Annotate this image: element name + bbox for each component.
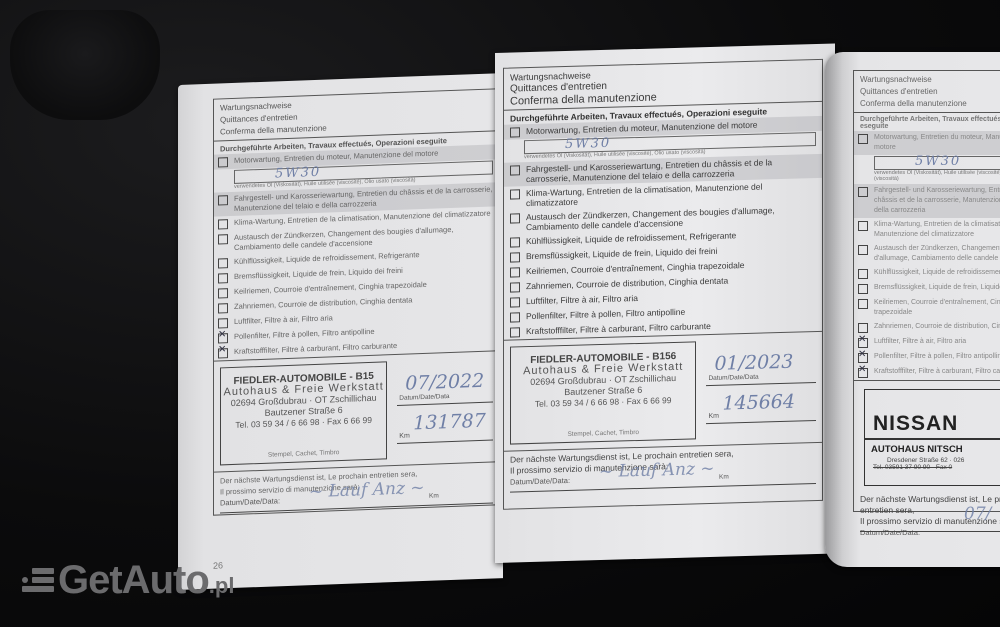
checkbox[interactable]: [510, 327, 520, 337]
booklet-page-left: Wartungsnachweise Quittances d'entretien…: [178, 73, 503, 590]
work-item: Keilriemen, Courroie d'entraînement, Cin…: [854, 296, 1000, 320]
maintenance-record-form: Wartungsnachweise Quittances d'entretien…: [853, 70, 1000, 512]
checkbox[interactable]: [218, 234, 228, 244]
checkbox[interactable]: [218, 157, 228, 167]
work-item-label: Pollenfilter, Filtre à pollen, Filtro an…: [874, 352, 1000, 362]
work-items-list: Motorwartung, Entretien du moteur, Manut…: [854, 131, 1000, 380]
date-line: [706, 382, 816, 386]
km-line: [397, 439, 493, 444]
work-item-label: Bremsflüssigkeit, Liquide de frein, Liqu…: [874, 283, 1000, 293]
work-item-label: Motorwartung, Entretien du moteur, Manut…: [874, 133, 1000, 153]
work-item: Kühlflüssigkeit, Liquide de refroidissem…: [854, 266, 1000, 281]
checkbox[interactable]: [218, 288, 228, 298]
checkbox[interactable]: [858, 338, 868, 348]
work-item: Luftfilter, Filtre à air, Filtro aria: [854, 335, 1000, 350]
oil-handwritten-value: 5W30: [915, 154, 961, 169]
checkbox[interactable]: [858, 134, 868, 144]
checkbox[interactable]: [218, 318, 228, 328]
checkbox[interactable]: [218, 219, 228, 229]
next-service-section: Der nächste Wartungsdienst ist, Le proch…: [214, 462, 499, 518]
work-item-label: Fahrgestell- und Karosseriewartung, Entr…: [874, 186, 1000, 216]
stamp-phone: Tel. 03591 37 90 90 · Fax 0: [865, 464, 1000, 471]
car-seat-background: [10, 10, 160, 120]
header-fr: Quittances d'entretien: [860, 86, 1000, 98]
dealer-stamp: FIEDLER-AUTOMOBILE - B156Autohaus & Frei…: [510, 341, 696, 444]
date-km-fields: 01/2023Datum/Date/Data145664Km: [702, 332, 822, 445]
work-item-label: Luftfilter, Filtre à air, Filtro aria: [234, 313, 333, 327]
maintenance-record-form: Wartungsnachweise Quittances d'entretien…: [503, 59, 823, 510]
checkbox[interactable]: [858, 323, 868, 333]
next-service-date-label: Datum/Date/Data:: [860, 527, 1000, 538]
checkbox[interactable]: [858, 269, 868, 279]
km-label: Km: [399, 433, 410, 440]
work-item: Zahnriemen, Courroie de distribution, Ci…: [854, 320, 1000, 335]
stamp-brand: NISSAN: [865, 390, 1000, 436]
date-handwritten: 01/2023: [714, 351, 793, 375]
next-service-line: [860, 531, 1000, 532]
date-line: [397, 401, 493, 406]
getauto-watermark: GetAuto .pl: [22, 560, 234, 600]
next-date-handwritten: 07/: [964, 509, 991, 520]
menu-lines-icon: [22, 564, 54, 596]
date-label: Datum/Date/Data: [399, 393, 449, 402]
booklet-page-right: Wartungsnachweise Quittances d'entretien…: [825, 52, 1000, 567]
dealer-stamp: NISSANAUTOHAUS NITSCHDresdener Straße 62…: [864, 389, 1000, 486]
dealer-stamp: FIEDLER-AUTOMOBILE - B15Autohaus & Freie…: [220, 361, 387, 465]
checkbox[interactable]: [858, 284, 868, 294]
checkbox[interactable]: [218, 303, 228, 313]
stamp-section: FIEDLER-AUTOMOBILE - B156Autohaus & Frei…: [504, 331, 822, 452]
km-line: [706, 420, 816, 424]
work-item-label: Austausch der Zündkerzen, Changement des…: [874, 244, 1000, 264]
checkbox[interactable]: [218, 195, 228, 205]
work-items-list: Motorwartung, Entretien du moteur, Manut…: [504, 116, 822, 340]
stamp-address: Dresdener Straße 62 · 026: [865, 455, 1000, 464]
checkbox[interactable]: [510, 127, 520, 137]
work-item: Fahrgestell- und Karosseriewartung, Entr…: [854, 184, 1000, 218]
work-item: Austausch der Zündkerzen, Changement des…: [854, 242, 1000, 266]
work-item: Motorwartung, Entretien du moteur, Manut…: [854, 131, 1000, 155]
checkbox[interactable]: [510, 297, 520, 307]
work-item: Bremsflüssigkeit, Liquide de frein, Liqu…: [854, 281, 1000, 296]
signature: ~ Lauf Anz ~: [309, 483, 425, 498]
checkbox[interactable]: [858, 368, 868, 378]
stamp-dealer-name: AUTOHAUS NITSCH: [865, 438, 1000, 455]
watermark-brand: GetAuto: [58, 560, 209, 600]
work-items-list: Motorwartung, Entretien du moteur, Manut…: [214, 144, 499, 360]
checkbox[interactable]: [510, 165, 520, 175]
form-header: Wartungsnachweise Quittances d'entretien…: [854, 71, 1000, 113]
checkbox[interactable]: [510, 282, 520, 292]
work-item-label: Zahnriemen, Courroie de distribution, Ci…: [874, 322, 1000, 332]
checkbox[interactable]: [218, 273, 228, 283]
checkbox[interactable]: [510, 189, 520, 199]
booklet-page-middle: Wartungsnachweise Quittances d'entretien…: [495, 44, 835, 563]
work-item-label: Kraftstofffilter, Filtre à carburant, Fi…: [874, 367, 1000, 377]
checkbox[interactable]: [218, 333, 228, 343]
header-de: Wartungsnachweise: [860, 74, 1000, 86]
next-service-section: Der nächste Wartungsdienst ist, Le proch…: [854, 491, 1000, 537]
checkbox[interactable]: [858, 187, 868, 197]
work-item-label: Pollenfilter, Filtre à pollen, Filtro an…: [526, 307, 685, 321]
date-label: Datum/Date/Data: [708, 374, 758, 382]
oil-handwritten-value: 5W30: [275, 165, 321, 182]
checkbox[interactable]: [510, 312, 520, 322]
next-service-section: Der nächste Wartungsdienst ist, Le proch…: [504, 443, 822, 498]
stamp-section: FIEDLER-AUTOMOBILE - B15Autohaus & Freie…: [214, 350, 499, 472]
checkbox[interactable]: [218, 348, 228, 358]
work-item: Klima-Wartung, Entretien de la climatisa…: [854, 218, 1000, 242]
km-label: Km: [708, 413, 719, 420]
header-it: Conferma della manutenzione: [860, 98, 1000, 110]
checkbox[interactable]: [510, 213, 520, 223]
checkbox[interactable]: [858, 245, 868, 255]
km-handwritten: 145664: [722, 391, 795, 415]
date-km-fields: 07/2022Datum/Date/Data131787Km: [393, 351, 499, 465]
work-item: Pollenfilter, Filtre à pollen, Filtro an…: [854, 350, 1000, 365]
work-item-label: Luftfilter, Filtre à air, Filtro aria: [526, 293, 638, 306]
next-service-km-label: Km: [719, 471, 729, 482]
checkbox[interactable]: [218, 258, 228, 268]
service-booklet: Wartungsnachweise Quittances d'entretien…: [140, 40, 1000, 560]
work-item: Kraftstofffilter, Filtre à carburant, Fi…: [854, 365, 1000, 380]
oil-viscosity-field: 5W30: [874, 156, 1000, 170]
km-handwritten: 131787: [413, 410, 486, 435]
work-item-label: Klima-Wartung, Entretien de la climatisa…: [874, 220, 1000, 240]
maintenance-record-form: Wartungsnachweise Quittances d'entretien…: [213, 88, 500, 516]
checkbox[interactable]: [858, 299, 868, 309]
stamp-caption: Stempel, Cachet, Timbro: [511, 425, 695, 441]
checkbox[interactable]: [510, 267, 520, 277]
work-item-label: Luftfilter, Filtre à air, Filtro aria: [874, 337, 966, 347]
oil-note: verwendetes Öl (Viskosität), Huile utili…: [874, 170, 1000, 184]
checkbox[interactable]: [858, 353, 868, 363]
checkbox[interactable]: [510, 237, 520, 247]
oil-handwritten-value: 5W30: [565, 136, 611, 152]
date-handwritten: 07/2022: [405, 370, 484, 395]
works-title: Durchgeführte Arbeiten, Travaux effectué…: [854, 113, 1000, 131]
watermark-tld: .pl: [209, 573, 235, 599]
next-service-km-label: Km: [429, 490, 439, 501]
stamp-caption: Stempel, Cachet, Timbro: [221, 445, 386, 462]
stamp-section: NISSANAUTOHAUS NITSCHDresdener Straße 62…: [854, 380, 1000, 491]
checkbox[interactable]: [510, 252, 520, 262]
work-item-label: Keilriemen, Courroie d'entraînement, Cin…: [874, 298, 1000, 318]
signature: ~ Lauf Anz ~: [599, 464, 715, 478]
work-item-label: Kühlflüssigkeit, Liquide de refroidissem…: [874, 268, 1000, 278]
checkbox[interactable]: [858, 221, 868, 231]
